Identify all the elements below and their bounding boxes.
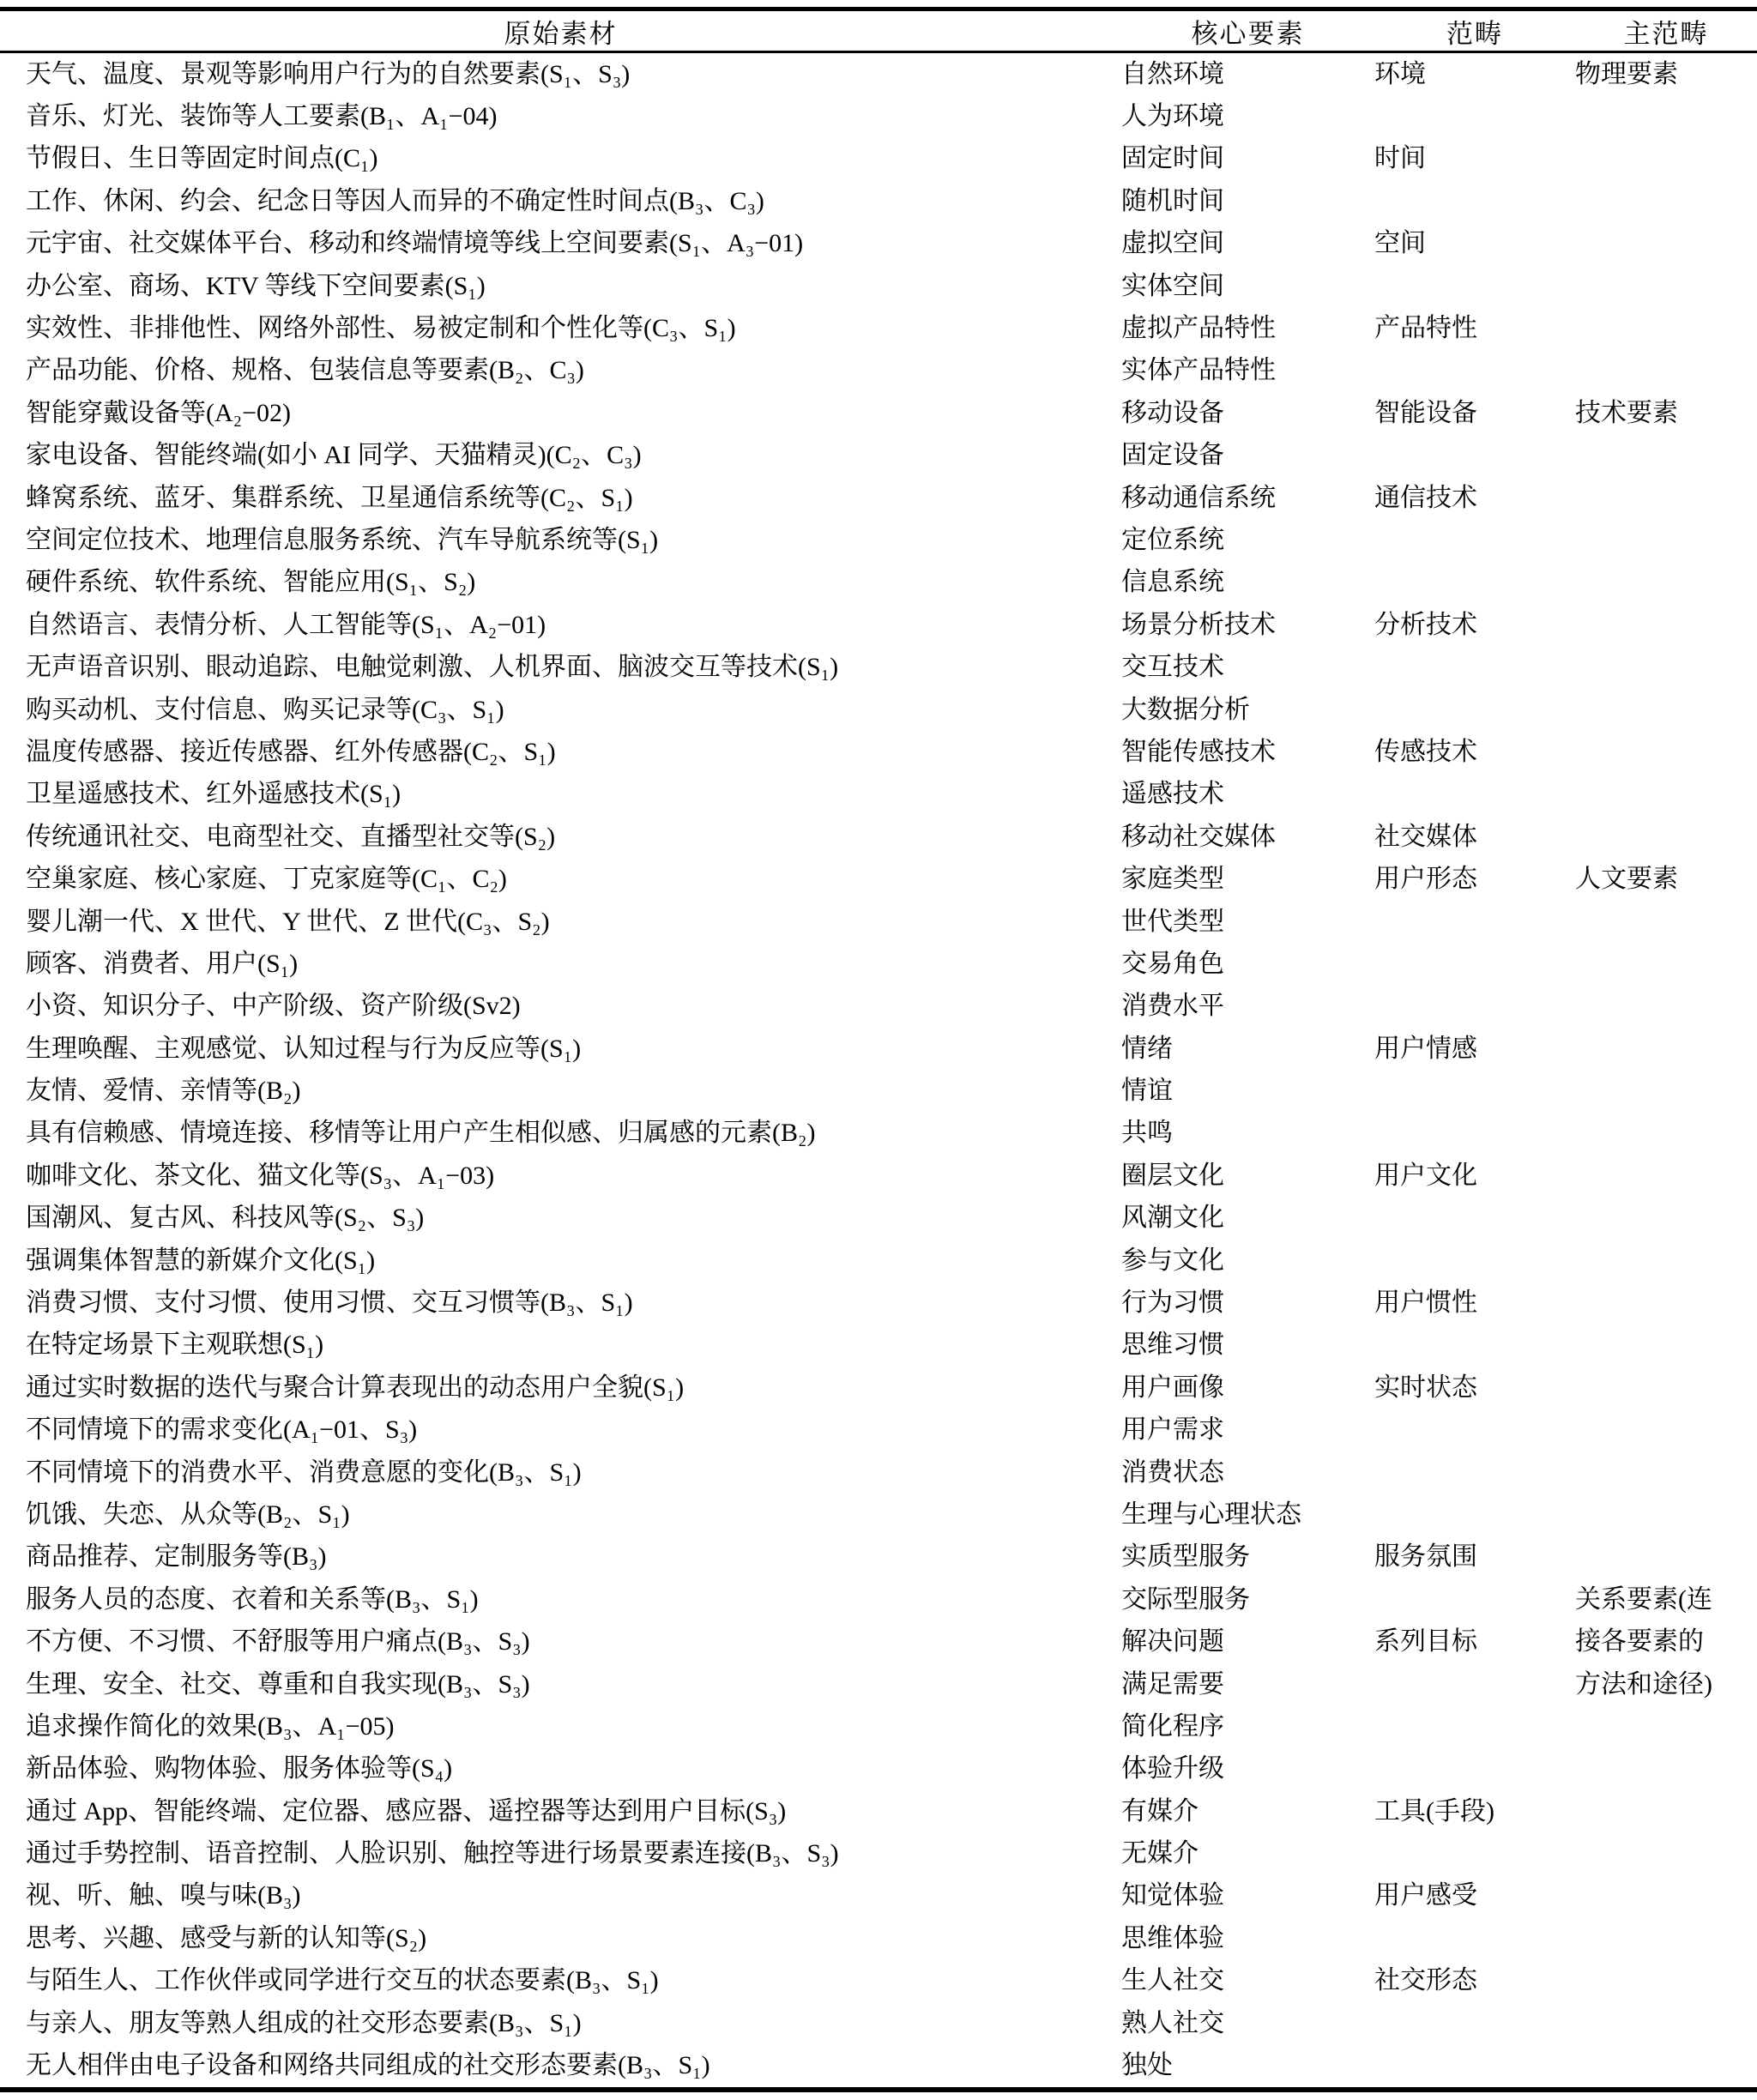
table-row: 通过实时数据的迭代与聚合计算表现出的动态用户全貌(S₁)用户画像实时状态	[0, 1367, 1757, 1409]
table-row: 在特定场景下主观联想(S₁)思维习惯	[0, 1325, 1757, 1367]
cell-raw: 不同情境下的需求变化(A₁−01、S₃)	[0, 1417, 1121, 1443]
table-row: 生理唤醒、主观感觉、认知过程与行为反应等(S₁)情绪用户情感	[0, 1028, 1757, 1070]
table-row: 追求操作简化的效果(B₃、A₁−05)简化程序	[0, 1705, 1757, 1747]
cell-raw: 实效性、非排他性、网络外部性、易被定制和个性化等(C₃、S₁)	[0, 316, 1121, 341]
cell-main: 关系要素(连	[1575, 1587, 1757, 1613]
header-core-element: 核心要素	[1121, 12, 1374, 51]
header-main-category: 主范畴	[1575, 12, 1757, 51]
cell-core: 信息系统	[1121, 570, 1374, 595]
cell-main: 物理要素	[1575, 62, 1757, 87]
cell-raw: 智能穿戴设备等(A₂−02)	[0, 401, 1121, 426]
table-row: 视、听、触、嗅与味(B₃)知觉体验用户感受	[0, 1875, 1757, 1917]
cell-core: 生人社交	[1121, 1968, 1374, 1994]
table-row: 婴儿潮一代、X 世代、Y 世代、Z 世代(C₃、S₂)世代类型	[0, 901, 1757, 943]
cell-cat: 环境	[1374, 62, 1575, 87]
cell-core: 固定时间	[1121, 146, 1374, 172]
cell-raw: 通过手势控制、语音控制、人脸识别、触控等进行场景要素连接(B₃、S₃)	[0, 1841, 1121, 1867]
cell-raw: 卫星遥感技术、红外遥感技术(S₁)	[0, 781, 1121, 807]
cell-raw: 硬件系统、软件系统、智能应用(S₁、S₂)	[0, 570, 1121, 595]
cell-raw: 商品推荐、定制服务等(B₃)	[0, 1544, 1121, 1570]
table-row: 产品功能、价格、规格、包装信息等要素(B₂、C₃)实体产品特性	[0, 350, 1757, 392]
cell-core: 智能传感技术	[1121, 739, 1374, 765]
cell-core: 交互技术	[1121, 655, 1374, 680]
cell-raw: 办公室、商场、KTV 等线下空间要素(S₁)	[0, 274, 1121, 299]
table-row: 空间定位技术、地理信息服务系统、汽车导航系统等(S₁)定位系统	[0, 519, 1757, 561]
table-row: 天气、温度、景观等影响用户行为的自然要素(S₁、S₃)自然环境环境物理要素	[0, 53, 1757, 95]
cell-core: 实质型服务	[1121, 1544, 1374, 1570]
cell-core: 用户画像	[1121, 1375, 1374, 1401]
cell-cat: 社交形态	[1374, 1968, 1575, 1994]
table-row: 商品推荐、定制服务等(B₃)实质型服务服务氛围	[0, 1536, 1757, 1578]
cell-cat: 产品特性	[1374, 316, 1575, 341]
cell-core: 实体产品特性	[1121, 358, 1374, 383]
cell-cat: 工具(手段)	[1374, 1799, 1575, 1825]
cell-raw: 在特定场景下主观联想(S₁)	[0, 1332, 1121, 1358]
cell-main: 方法和途径)	[1575, 1672, 1757, 1698]
table-row: 饥饿、失恋、从众等(B₂、S₁)生理与心理状态	[0, 1494, 1757, 1536]
cell-main: 人文要素	[1575, 866, 1757, 892]
cell-core: 满足需要	[1121, 1672, 1374, 1698]
cell-core: 自然环境	[1121, 62, 1374, 87]
header-raw-material: 原始素材	[0, 12, 1121, 51]
cell-raw: 节假日、生日等固定时间点(C₁)	[0, 146, 1121, 172]
cell-core: 家庭类型	[1121, 866, 1374, 892]
cell-raw: 产品功能、价格、规格、包装信息等要素(B₂、C₃)	[0, 358, 1121, 383]
cell-raw: 通过 App、智能终端、定位器、感应器、遥控器等达到用户目标(S₃)	[0, 1799, 1121, 1825]
table-header-row: 原始素材 核心要素 范畴 主范畴	[0, 11, 1757, 51]
cell-cat: 通信技术	[1374, 486, 1575, 511]
cell-raw: 购买动机、支付信息、购买记录等(C₃、S₁)	[0, 697, 1121, 723]
cell-raw: 咖啡文化、茶文化、猫文化等(S₃、A₁−03)	[0, 1163, 1121, 1189]
coding-table: 原始素材 核心要素 范畴 主范畴 天气、温度、景观等影响用户行为的自然要素(S₁…	[0, 7, 1757, 2092]
cell-raw: 蜂窝系统、蓝牙、集群系统、卫星通信系统等(C₂、S₁)	[0, 486, 1121, 511]
table-row: 强调集体智慧的新媒介文化(S₁)参与文化	[0, 1240, 1757, 1282]
cell-raw: 饥饿、失恋、从众等(B₂、S₁)	[0, 1502, 1121, 1528]
table-row: 无人相伴由电子设备和网络共同组成的社交形态要素(B₃、S₁)独处	[0, 2044, 1757, 2086]
cell-raw: 天气、温度、景观等影响用户行为的自然要素(S₁、S₃)	[0, 62, 1121, 87]
cell-raw: 自然语言、表情分析、人工智能等(S₁、A₂−01)	[0, 612, 1121, 638]
table-row: 硬件系统、软件系统、智能应用(S₁、S₂)信息系统	[0, 562, 1757, 604]
cell-core: 移动设备	[1121, 401, 1374, 426]
table-row: 传统通讯社交、电商型社交、直播型社交等(S₂)移动社交媒体社交媒体	[0, 816, 1757, 858]
cell-core: 大数据分析	[1121, 697, 1374, 723]
cell-cat: 系列目标	[1374, 1629, 1575, 1655]
cell-core: 有媒介	[1121, 1799, 1374, 1825]
cell-raw: 消费习惯、支付习惯、使用习惯、交互习惯等(B₃、S₁)	[0, 1290, 1121, 1316]
cell-core: 风潮文化	[1121, 1205, 1374, 1231]
cell-core: 圈层文化	[1121, 1163, 1374, 1189]
cell-raw: 空巢家庭、核心家庭、丁克家庭等(C₁、C₂)	[0, 866, 1121, 892]
cell-cat: 空间	[1374, 231, 1575, 256]
cell-core: 人为环境	[1121, 104, 1374, 130]
table-row: 服务人员的态度、衣着和关系等(B₃、S₁)交际型服务关系要素(连	[0, 1578, 1757, 1620]
cell-cat: 用户情感	[1374, 1036, 1575, 1062]
cell-raw: 生理、安全、社交、尊重和自我实现(B₃、S₃)	[0, 1672, 1121, 1698]
cell-raw: 思考、兴趣、感受与新的认知等(S₂)	[0, 1926, 1121, 1952]
table-row: 不方便、不习惯、不舒服等用户痛点(B₃、S₃)解决问题系列目标接各要素的	[0, 1620, 1757, 1662]
cell-raw: 婴儿潮一代、X 世代、Y 世代、Z 世代(C₃、S₂)	[0, 909, 1121, 935]
cell-core: 消费状态	[1121, 1460, 1374, 1486]
table-row: 不同情境下的需求变化(A₁−01、S₃)用户需求	[0, 1409, 1757, 1451]
cell-raw: 服务人员的态度、衣着和关系等(B₃、S₁)	[0, 1587, 1121, 1613]
table-row: 国潮风、复古风、科技风等(S₂、S₃)风潮文化	[0, 1198, 1757, 1240]
table-row: 音乐、灯光、装饰等人工要素(B₁、A₁−04)人为环境	[0, 95, 1757, 137]
cell-core: 情绪	[1121, 1036, 1374, 1062]
table-row: 家电设备、智能终端(如小 AI 同学、天猫精灵)(C₂、C₃)固定设备	[0, 435, 1757, 477]
cell-core: 解决问题	[1121, 1629, 1374, 1655]
table-row: 思考、兴趣、感受与新的认知等(S₂)思维体验	[0, 1917, 1757, 1959]
cell-raw: 元宇宙、社交媒体平台、移动和终端情境等线上空间要素(S₁、A₃−01)	[0, 231, 1121, 256]
table-row: 具有信赖感、情境连接、移情等让用户产生相似感、归属感的元素(B₂)共鸣	[0, 1113, 1757, 1155]
cell-raw: 无人相伴由电子设备和网络共同组成的社交形态要素(B₃、S₁)	[0, 2053, 1121, 2079]
cell-core: 熟人社交	[1121, 2011, 1374, 2037]
cell-core: 移动通信系统	[1121, 486, 1374, 511]
table-row: 咖啡文化、茶文化、猫文化等(S₃、A₁−03)圈层文化用户文化	[0, 1155, 1757, 1197]
cell-raw: 音乐、灯光、装饰等人工要素(B₁、A₁−04)	[0, 104, 1121, 130]
cell-core: 思维习惯	[1121, 1332, 1374, 1358]
cell-core: 实体空间	[1121, 274, 1374, 299]
cell-raw: 不同情境下的消费水平、消费意愿的变化(B₃、S₁)	[0, 1460, 1121, 1486]
cell-cat: 用户感受	[1374, 1883, 1575, 1909]
cell-raw: 空间定位技术、地理信息服务系统、汽车导航系统等(S₁)	[0, 528, 1121, 553]
table-row: 蜂窝系统、蓝牙、集群系统、卫星通信系统等(C₂、S₁)移动通信系统通信技术	[0, 477, 1757, 519]
table-row: 温度传感器、接近传感器、红外传感器(C₂、S₁)智能传感技术传感技术	[0, 731, 1757, 773]
table-row: 空巢家庭、核心家庭、丁克家庭等(C₁、C₂)家庭类型用户形态人文要素	[0, 858, 1757, 900]
cell-cat: 传感技术	[1374, 739, 1575, 765]
table-row: 不同情境下的消费水平、消费意愿的变化(B₃、S₁)消费状态	[0, 1451, 1757, 1494]
cell-cat: 用户惯性	[1374, 1290, 1575, 1316]
cell-core: 移动社交媒体	[1121, 824, 1374, 850]
cell-cat: 服务氛围	[1374, 1544, 1575, 1570]
cell-core: 共鸣	[1121, 1120, 1374, 1146]
cell-raw: 顾客、消费者、用户(S₁)	[0, 951, 1121, 977]
cell-cat: 时间	[1374, 146, 1575, 172]
cell-raw: 生理唤醒、主观感觉、认知过程与行为反应等(S₁)	[0, 1036, 1121, 1062]
cell-core: 固定设备	[1121, 443, 1374, 468]
table-row: 工作、休闲、约会、纪念日等因人而异的不确定性时间点(B₃、C₃)随机时间	[0, 180, 1757, 222]
cell-raw: 视、听、触、嗅与味(B₃)	[0, 1883, 1121, 1909]
cell-raw: 新品体验、购物体验、服务体验等(S₄)	[0, 1756, 1121, 1782]
cell-core: 虚拟产品特性	[1121, 316, 1374, 341]
cell-core: 世代类型	[1121, 909, 1374, 935]
cell-cat: 社交媒体	[1374, 824, 1575, 850]
cell-raw: 小资、知识分子、中产阶级、资产阶级(Sv2)	[0, 993, 1121, 1019]
table-row: 自然语言、表情分析、人工智能等(S₁、A₂−01)场景分析技术分析技术	[0, 604, 1757, 646]
cell-raw: 与陌生人、工作伙伴或同学进行交互的状态要素(B₃、S₁)	[0, 1968, 1121, 1994]
table-row: 通过 App、智能终端、定位器、感应器、遥控器等达到用户目标(S₃)有媒介工具(…	[0, 1790, 1757, 1832]
table-row: 与亲人、朋友等熟人组成的社交形态要素(B₃、S₁)熟人社交	[0, 2002, 1757, 2044]
table-row: 实效性、非排他性、网络外部性、易被定制和个性化等(C₃、S₁)虚拟产品特性产品特…	[0, 307, 1757, 349]
cell-core: 虚拟空间	[1121, 231, 1374, 256]
cell-core: 知觉体验	[1121, 1883, 1374, 1909]
cell-raw: 与亲人、朋友等熟人组成的社交形态要素(B₃、S₁)	[0, 2011, 1121, 2037]
table-body: 天气、温度、景观等影响用户行为的自然要素(S₁、S₃)自然环境环境物理要素音乐、…	[0, 53, 1757, 2087]
table-row: 消费习惯、支付习惯、使用习惯、交互习惯等(B₃、S₁)行为习惯用户惯性	[0, 1282, 1757, 1324]
cell-core: 独处	[1121, 2053, 1374, 2079]
table-row: 生理、安全、社交、尊重和自我实现(B₃、S₃)满足需要方法和途径)	[0, 1663, 1757, 1705]
cell-core: 定位系统	[1121, 528, 1374, 553]
table-row: 节假日、生日等固定时间点(C₁)固定时间时间	[0, 138, 1757, 180]
cell-core: 无媒介	[1121, 1841, 1374, 1867]
header-category: 范畴	[1374, 12, 1575, 51]
table-row: 购买动机、支付信息、购买记录等(C₃、S₁)大数据分析	[0, 689, 1757, 731]
cell-raw: 强调集体智慧的新媒介文化(S₁)	[0, 1248, 1121, 1274]
cell-raw: 友情、爱情、亲情等(B₂)	[0, 1078, 1121, 1104]
cell-core: 随机时间	[1121, 189, 1374, 214]
table-row: 新品体验、购物体验、服务体验等(S₄)体验升级	[0, 1748, 1757, 1790]
cell-core: 简化程序	[1121, 1714, 1374, 1740]
cell-core: 场景分析技术	[1121, 612, 1374, 638]
table-row: 无声语音识别、眼动追踪、电触觉刺激、人机界面、脑波交互等技术(S₁)交互技术	[0, 646, 1757, 688]
cell-cat: 用户形态	[1374, 866, 1575, 892]
cell-cat: 分析技术	[1374, 612, 1575, 638]
table-row: 通过手势控制、语音控制、人脸识别、触控等进行场景要素连接(B₃、S₃)无媒介	[0, 1832, 1757, 1874]
table-row: 卫星遥感技术、红外遥感技术(S₁)遥感技术	[0, 774, 1757, 816]
table-row: 办公室、商场、KTV 等线下空间要素(S₁)实体空间	[0, 265, 1757, 307]
cell-raw: 不方便、不习惯、不舒服等用户痛点(B₃、S₃)	[0, 1629, 1121, 1655]
cell-core: 情谊	[1121, 1078, 1374, 1104]
cell-core: 参与文化	[1121, 1248, 1374, 1274]
table-row: 友情、爱情、亲情等(B₂)情谊	[0, 1070, 1757, 1112]
cell-cat: 智能设备	[1374, 401, 1575, 426]
cell-core: 交易角色	[1121, 951, 1374, 977]
cell-raw: 传统通讯社交、电商型社交、直播型社交等(S₂)	[0, 824, 1121, 850]
cell-raw: 家电设备、智能终端(如小 AI 同学、天猫精灵)(C₂、C₃)	[0, 443, 1121, 468]
cell-raw: 温度传感器、接近传感器、红外传感器(C₂、S₁)	[0, 739, 1121, 765]
cell-cat: 用户文化	[1374, 1163, 1575, 1189]
cell-core: 遥感技术	[1121, 781, 1374, 807]
table-row: 与陌生人、工作伙伴或同学进行交互的状态要素(B₃、S₁)生人社交社交形态	[0, 1960, 1757, 2002]
cell-core: 思维体验	[1121, 1926, 1374, 1952]
cell-core: 行为习惯	[1121, 1290, 1374, 1316]
cell-core: 生理与心理状态	[1121, 1502, 1374, 1528]
cell-core: 体验升级	[1121, 1756, 1374, 1782]
cell-raw: 国潮风、复古风、科技风等(S₂、S₃)	[0, 1205, 1121, 1231]
cell-raw: 通过实时数据的迭代与聚合计算表现出的动态用户全貌(S₁)	[0, 1375, 1121, 1401]
table-row: 小资、知识分子、中产阶级、资产阶级(Sv2)消费水平	[0, 986, 1757, 1028]
cell-raw: 无声语音识别、眼动追踪、电触觉刺激、人机界面、脑波交互等技术(S₁)	[0, 655, 1121, 680]
cell-cat: 实时状态	[1374, 1375, 1575, 1401]
cell-raw: 追求操作简化的效果(B₃、A₁−05)	[0, 1714, 1121, 1740]
table-row: 顾客、消费者、用户(S₁)交易角色	[0, 943, 1757, 985]
cell-main: 技术要素	[1575, 401, 1757, 426]
table-bottom-rule	[0, 2087, 1757, 2092]
cell-raw: 具有信赖感、情境连接、移情等让用户产生相似感、归属感的元素(B₂)	[0, 1120, 1121, 1146]
cell-core: 消费水平	[1121, 993, 1374, 1019]
cell-core: 用户需求	[1121, 1417, 1374, 1443]
cell-raw: 工作、休闲、约会、纪念日等因人而异的不确定性时间点(B₃、C₃)	[0, 189, 1121, 214]
cell-main: 接各要素的	[1575, 1629, 1757, 1655]
table-row: 元宇宙、社交媒体平台、移动和终端情境等线上空间要素(S₁、A₃−01)虚拟空间空…	[0, 223, 1757, 265]
cell-core: 交际型服务	[1121, 1587, 1374, 1613]
paper-table-page: 原始素材 核心要素 范畴 主范畴 天气、温度、景观等影响用户行为的自然要素(S₁…	[0, 0, 1757, 2100]
table-row: 智能穿戴设备等(A₂−02)移动设备智能设备技术要素	[0, 392, 1757, 434]
